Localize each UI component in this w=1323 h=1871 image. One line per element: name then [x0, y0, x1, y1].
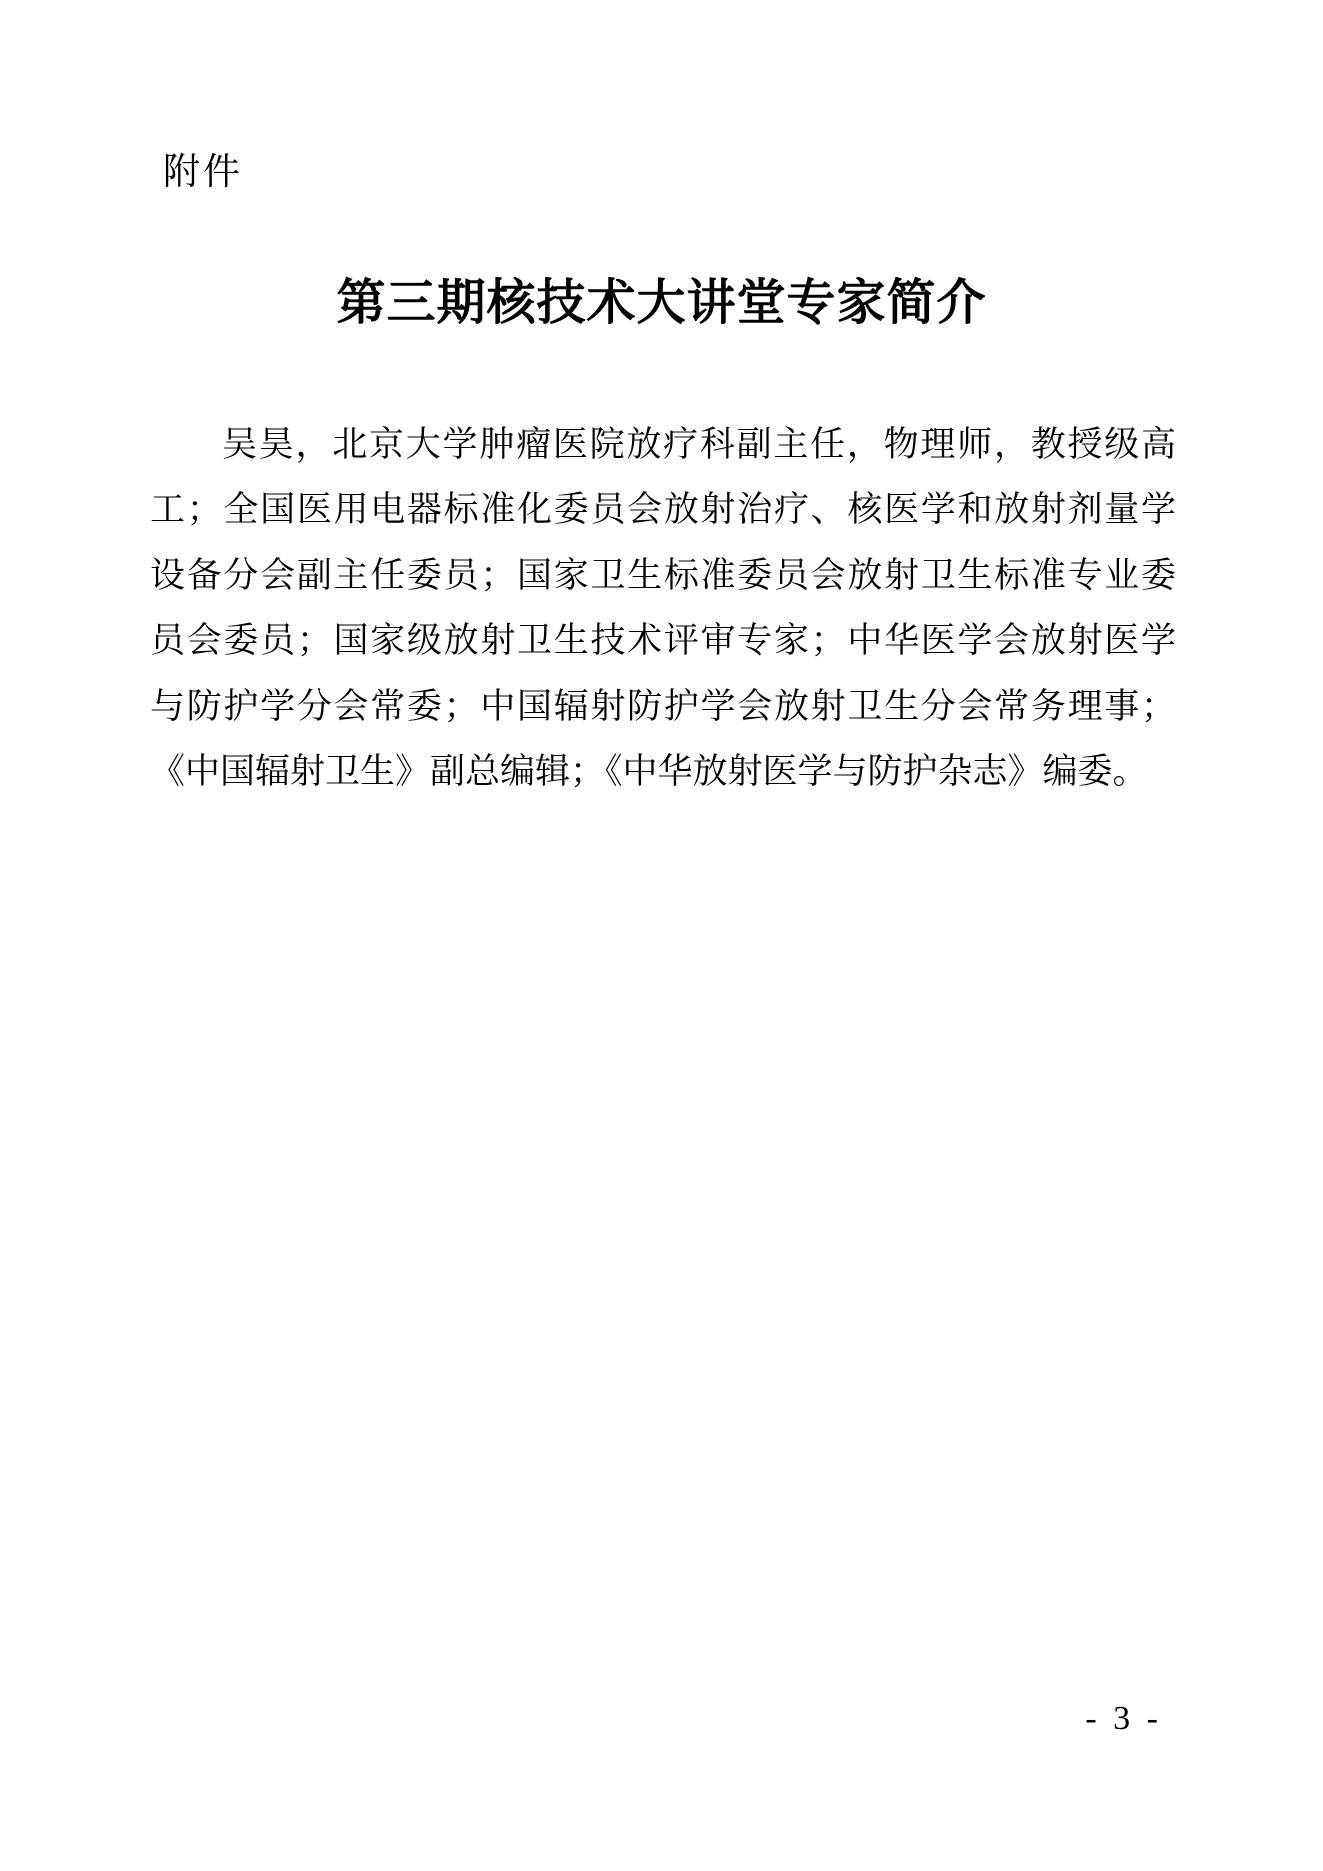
body-line: 设备分会副主任委员；国家卫生标准委员会放射卫生标准专业委: [150, 543, 1176, 608]
body-line: 与防护学分会常委；中国辐射防护学会放射卫生分会常务理事；: [150, 674, 1176, 739]
document-page: 附件 第三期核技术大讲堂专家简介 吴昊，北京大学肿瘤医院放疗科副主任，物理师，教…: [0, 0, 1323, 1871]
body-line: 《中国辐射卫生》副总编辑；《中华放射医学与防护杂志》编委。: [150, 739, 1176, 804]
body-line: 员会委员；国家级放射卫生技术评审专家；中华医学会放射医学: [150, 608, 1176, 673]
body-paragraph: 吴昊，北京大学肿瘤医院放疗科副主任，物理师，教授级高 工；全国医用电器标准化委员…: [150, 412, 1176, 804]
body-line: 工；全国医用电器标准化委员会放射治疗、核医学和放射剂量学: [150, 477, 1176, 542]
document-title: 第三期核技术大讲堂专家简介: [0, 274, 1323, 333]
page-number: - 3 -: [1085, 1700, 1162, 1738]
body-line: 吴昊，北京大学肿瘤医院放疗科副主任，物理师，教授级高: [150, 412, 1176, 477]
attachment-label: 附件: [163, 152, 243, 193]
